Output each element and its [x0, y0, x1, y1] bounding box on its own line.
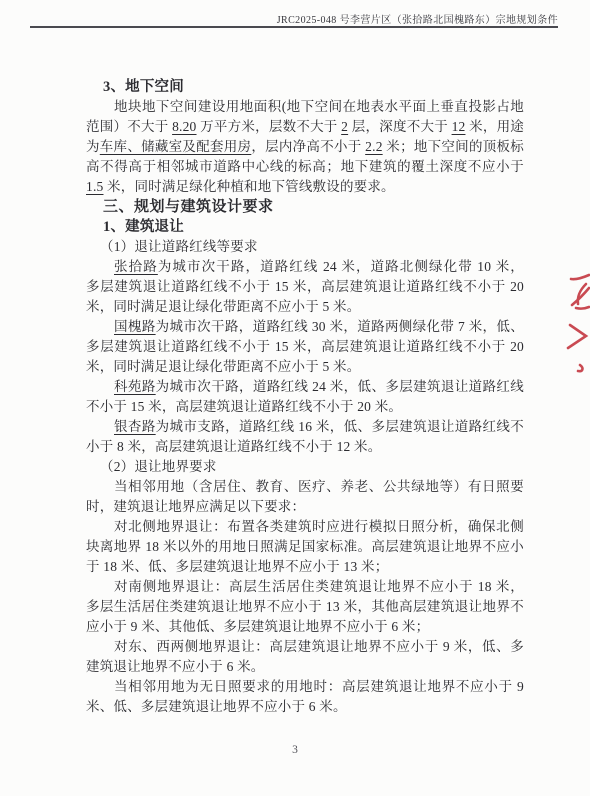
document-body: 3、地下空间地块地下空间建设用地面积(地下空间在地表水平面上垂直投影占地范围）不… [86, 77, 524, 717]
doc-line: 米，同时满足退让绿化带距离不应小于 5 米。 [86, 357, 524, 377]
text-run: 3、地下空间 [103, 79, 184, 95]
text-run: 块离地界 18 米以外的用地日照满足国家标准。高层建筑退让地界不应小 [86, 539, 524, 554]
text-run: 应小于 9 米、其他低、多层建筑退让地界不应小于 6 米； [86, 619, 429, 634]
text-run: 于 18 米、低、多层建筑退让地界不应小于 13 米； [86, 559, 388, 574]
text-run: 万平方米，层数不大于 [197, 119, 342, 134]
doc-block-sub: （2）退让地界要求 [86, 457, 524, 477]
doc-line: 国槐路为城市次干路，道路红线 30 米，道路两侧绿化带 7 米，低、 [86, 317, 524, 337]
text-run: 时，建筑退让地界应满足以下要求： [86, 499, 305, 514]
document-page: JRC2025-048 号李营片区（张拾路北国槐路东）宗地规划条件 3、地下空间… [0, 0, 590, 796]
text-run: 地块地下空间建设用地面积(地下空间在地表水平面上垂直投影占地 [114, 99, 524, 114]
doc-line: 为车库、储藏室及配套用房，层内净高不小于 2.2 米；地下空间的顶板标 [86, 137, 524, 157]
doc-line: 银杏路为城市支路，道路红线 16 米，低、多层建筑退让道路红线不 [86, 417, 524, 437]
underlined-text: 国槐路 [114, 319, 156, 334]
page-number: 3 [0, 744, 590, 756]
doc-line: 1、建筑退让 [86, 217, 524, 237]
doc-line: 建筑退让地界不应小于 6 米。 [86, 657, 524, 677]
doc-block-h-num: 1、建筑退让 [86, 217, 524, 237]
text-run: 为城市次干路，道路红线 24 米，道路北侧绿化带 10 米，低、 [114, 259, 524, 277]
doc-line: 多层生活居住类建筑退让地界不应小于 13 米，其他高层建筑退让地界不 [86, 597, 524, 617]
text-run: 1、建筑退让 [103, 219, 184, 235]
doc-line: 不小于 15 米，高层建筑退让道路红线不小于 20 米。 [86, 397, 524, 417]
doc-block-h-num: 3、地下空间 [86, 77, 524, 97]
text-run: 多层建筑退让道路红线不小于 15 米，高层建筑退让道路红线不小于 20 [86, 279, 524, 294]
underlined-text: 1.5 [86, 179, 103, 194]
underlined-text: 银杏路 [114, 419, 156, 434]
underlined-text: 2.2 [365, 139, 382, 154]
text-run: 高不得高于相邻城市道路中心线的标高；地下建筑的覆土深度不应小于 [86, 159, 524, 174]
text-run: 多层生活居住类建筑退让地界不应小于 13 米，其他高层建筑退让地界不 [86, 599, 524, 614]
doc-line: 时，建筑退让地界应满足以下要求： [86, 497, 524, 517]
doc-line: 应小于 9 米、其他低、多层建筑退让地界不应小于 6 米； [86, 617, 524, 637]
doc-line: （2）退让地界要求 [86, 457, 524, 477]
text-run: 三、规划与建筑设计要求 [103, 198, 274, 215]
text-run: 对东、西两侧地界退让：高层建筑退让地界不应小于 9 米，低、多层 [114, 639, 524, 657]
text-run: 米，同时满足退让绿化带距离不应小于 5 米。 [86, 299, 360, 314]
text-run: 当相邻用地（含居住、教育、医疗、养老、公共绿地等）有日照要求 [114, 479, 524, 497]
text-run: 米，同时满足绿化种植和地下管线敷设的要求。 [103, 179, 394, 194]
text-run: 范围）不大于 [86, 119, 172, 134]
doc-line: 3、地下空间 [86, 77, 524, 97]
doc-line: 范围）不大于 8.20 万平方米，层数不大于 2 层，深度不大于 12 米，用途 [86, 117, 524, 137]
doc-block-para: 对南侧地界退让：高层生活居住类建筑退让地界不应小于 18 米，低、多层生活居住类… [86, 577, 524, 637]
text-run: （2）退让地界要求 [100, 459, 217, 474]
doc-line: 米，同时满足退让绿化带距离不应小于 5 米。 [86, 297, 524, 317]
text-run: 不小于 15 米，高层建筑退让道路红线不小于 20 米。 [86, 399, 402, 414]
doc-line: 于 18 米、低、多层建筑退让地界不应小于 13 米； [86, 557, 524, 577]
header-citation: JRC2025-048 号李营片区（张拾路北国槐路东）宗地规划条件 [277, 11, 558, 26]
underlined-text: 科苑路 [114, 379, 156, 394]
text-run: 小于 8 米，高层建筑退让道路红线不小于 12 米。 [86, 439, 381, 454]
doc-block-para: 当相邻用地为无日照要求的用地时：高层建筑退让地界不应小于 9米、低、多层建筑退让… [86, 677, 524, 717]
doc-line: 张拾路为城市次干路，道路红线 24 米，道路北侧绿化带 10 米，低、 [86, 257, 524, 277]
text-run: 米，同时满足退让绿化带距离不应小于 5 米。 [86, 359, 360, 374]
doc-line: 块离地界 18 米以外的用地日照满足国家标准。高层建筑退让地界不应小 [86, 537, 524, 557]
doc-block-para: 银杏路为城市支路，道路红线 16 米，低、多层建筑退让道路红线不小于 8 米，高… [86, 417, 524, 457]
doc-line: 当相邻用地（含居住、教育、医疗、养老、公共绿地等）有日照要求 [86, 477, 524, 497]
doc-line: 对东、西两侧地界退让：高层建筑退让地界不应小于 9 米，低、多层 [86, 637, 524, 657]
text-run: 当相邻用地为无日照要求的用地时：高层建筑退让地界不应小于 9 [114, 679, 524, 694]
red-seal-fragment-icon [564, 266, 590, 378]
doc-line: 对南侧地界退让：高层生活居住类建筑退让地界不应小于 18 米，低、 [86, 577, 524, 597]
text-run: 为城市支路，道路红线 16 米，低、多层建筑退让道路红线不 [156, 419, 524, 434]
text-run: 为 [86, 139, 100, 154]
text-run: 为城市次干路，道路红线 24 米，低、多层建筑退让道路红线 [156, 379, 524, 394]
doc-line: 米、低、多层建筑退让地界不应小于 6 米。 [86, 697, 524, 717]
text-run: 对北侧地界退让：布置各类建筑时应进行模拟日照分析，确保北侧地 [114, 519, 524, 537]
header-rule [30, 26, 558, 28]
doc-line: 1.5 米，同时满足绿化种植和地下管线敷设的要求。 [86, 177, 524, 197]
doc-line: 对北侧地界退让：布置各类建筑时应进行模拟日照分析，确保北侧地 [86, 517, 524, 537]
doc-block-para: 张拾路为城市次干路，道路红线 24 米，道路北侧绿化带 10 米，低、多层建筑退… [86, 257, 524, 317]
doc-block-para: 地块地下空间建设用地面积(地下空间在地表水平面上垂直投影占地范围）不大于 8.2… [86, 97, 524, 197]
doc-block-para: 对东、西两侧地界退让：高层建筑退让地界不应小于 9 米，低、多层建筑退让地界不应… [86, 637, 524, 677]
text-run: （1）退让道路红线等要求 [100, 239, 258, 254]
text-run: 为城市次干路，道路红线 30 米，道路两侧绿化带 7 米，低、 [156, 319, 524, 334]
doc-block-h-main: 三、规划与建筑设计要求 [86, 197, 524, 217]
doc-line: 多层建筑退让道路红线不小于 15 米，高层建筑退让道路红线不小于 20 [86, 277, 524, 297]
text-run: 对南侧地界退让：高层生活居住类建筑退让地界不应小于 18 米，低、 [114, 579, 524, 597]
text-run: 米、低、多层建筑退让地界不应小于 6 米。 [86, 699, 347, 714]
text-run: 多层建筑退让道路红线不小于 15 米，高层建筑退让道路红线不小于 20 [86, 339, 524, 354]
doc-block-para: 科苑路为城市次干路，道路红线 24 米，低、多层建筑退让道路红线不小于 15 米… [86, 377, 524, 417]
doc-line: 三、规划与建筑设计要求 [86, 197, 524, 217]
text-run: 层，深度不大于 [348, 119, 451, 134]
doc-line: 科苑路为城市次干路，道路红线 24 米，低、多层建筑退让道路红线 [86, 377, 524, 397]
doc-line: 地块地下空间建设用地面积(地下空间在地表水平面上垂直投影占地 [86, 97, 524, 117]
text-run: 米，用途 [465, 119, 524, 134]
doc-block-sub: （1）退让道路红线等要求 [86, 237, 524, 257]
underlined-text: 张拾路 [114, 259, 158, 274]
doc-line: （1）退让道路红线等要求 [86, 237, 524, 257]
doc-line: 高不得高于相邻城市道路中心线的标高；地下建筑的覆土深度不应小于 [86, 157, 524, 177]
doc-line: 多层建筑退让道路红线不小于 15 米，高层建筑退让道路红线不小于 20 [86, 337, 524, 357]
underlined-text: 车库、储藏室及配套用房 [100, 139, 252, 154]
doc-block-para: 国槐路为城市次干路，道路红线 30 米，道路两侧绿化带 7 米，低、多层建筑退让… [86, 317, 524, 377]
doc-line: 小于 8 米，高层建筑退让道路红线不小于 12 米。 [86, 437, 524, 457]
underlined-text: 12 [452, 119, 466, 134]
text-run: 米；地下空间的顶板标 [383, 139, 524, 154]
doc-line: 当相邻用地为无日照要求的用地时：高层建筑退让地界不应小于 9 [86, 677, 524, 697]
text-run: 建筑退让地界不应小于 6 米。 [86, 659, 265, 674]
doc-block-para: 当相邻用地（含居住、教育、医疗、养老、公共绿地等）有日照要求时，建筑退让地界应满… [86, 477, 524, 517]
text-run: ，层内净高不小于 [251, 139, 365, 154]
doc-block-para: 对北侧地界退让：布置各类建筑时应进行模拟日照分析，确保北侧地块离地界 18 米以… [86, 517, 524, 577]
underlined-text: 8.20 [172, 119, 196, 134]
